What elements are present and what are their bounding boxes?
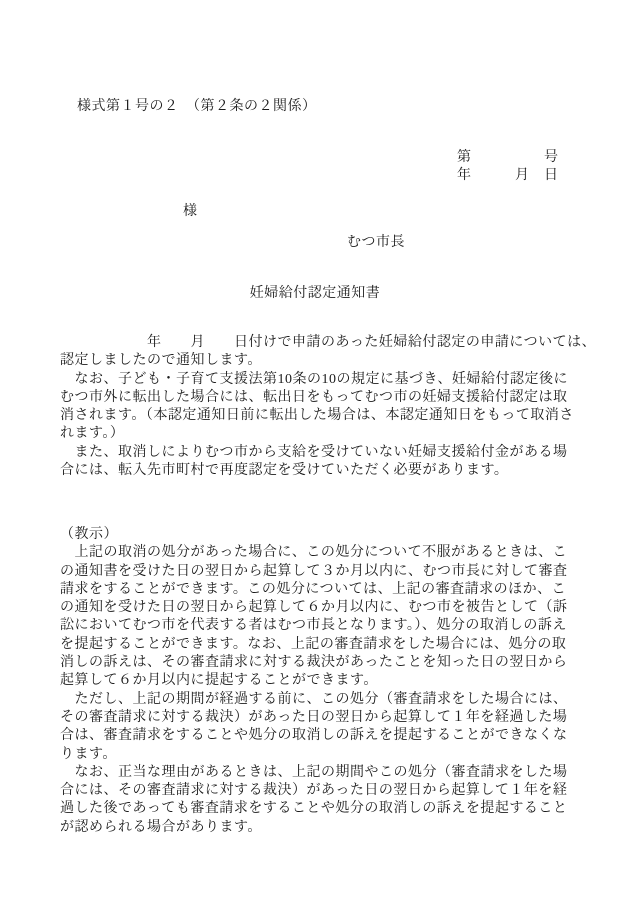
document-number-line: 第 号 (457, 146, 559, 166)
instruction-line: 起算して６か月以内に提起することができます。 (60, 672, 580, 690)
document-title: 妊婦給付認定通知書 (0, 282, 630, 302)
instruction-line: ただし、上記の期間が経過する前に、この処分（審査請求をした場合には、 (60, 691, 580, 709)
instruction-line: その審査請求に対する裁決）があった日の翌日から起算して１年を経過した場 (60, 709, 580, 727)
instruction-line: を提起することができます。なお、上記の審査請求をした場合には、処分の取 (60, 636, 580, 654)
instruction-line: が認められる場合があります。 (60, 819, 580, 837)
body-line: 消されます。（本認定通知日前に転出した場合は、本認定通知日をもって取消さ (60, 407, 580, 425)
instruction-line: 消しの訴えは、その審査請求に対する裁決があったことを知った日の翌日から (60, 654, 580, 672)
instruction-line: の通知を受けた日の翌日から起算して６か月以内に、むつ市を被告として（訴 (60, 599, 580, 617)
sender-name: むつ市長 (347, 231, 405, 251)
instruction-line: 訟においてむつ市を代表する者はむつ市長となります。）、処分の取消しの訴え (60, 617, 580, 635)
body-line: れます。） (60, 425, 580, 443)
body-line: 認定しましたので通知します。 (60, 352, 580, 370)
instruction-line: 上記の取消の処分があった場合に、この処分について不服があるときは、こ (60, 544, 580, 562)
instruction-line: 過した後であっても審査請求をすることや処分の取消しの訴えを提起すること (60, 800, 580, 818)
body-line: また、取消しによりむつ市から支給を受けていない妊婦支援給付金がある場 (60, 444, 580, 462)
body-line: むつ市外に転出した場合には、転出日をもってむつ市の妊婦支援給付認定は取 (60, 389, 580, 407)
instruction-heading: （教示） (60, 526, 580, 544)
body-line: なお、子ども・子育て支援法第10条の10の規定に基づき、妊婦給付認定後に (60, 371, 580, 389)
date-line: 年 月 日 (457, 164, 559, 184)
form-number: 様式第１号の２ （第２条の２関係） (77, 95, 317, 115)
instruction-line: 請求をすることができます。この処分については、上記の審査請求のほか、こ (60, 581, 580, 599)
instruction-line: の通知書を受けた日の翌日から起算して３か月以内に、むつ市長に対して審査 (60, 563, 580, 581)
body-line: 合には、転入先市町村で再度認定を受けていただく必要があります。 (60, 462, 580, 480)
document-page: 様式第１号の２ （第２条の２関係） 第 号 年 月 日 様 むつ市長 妊婦給付認… (0, 0, 630, 903)
body-line: 年 月 日付けで申請のあった妊婦給付認定の申請については、 (60, 334, 580, 352)
instruction-line: なお、正当な理由があるときは、上記の期間やこの処分（審査請求をした場 (60, 764, 580, 782)
instruction-line: 合には、その審査請求に対する裁決）があった日の翌日から起算して１年を経 (60, 782, 580, 800)
notification-body: 年 月 日付けで申請のあった妊婦給付認定の申請については、 認定しましたので通知… (60, 334, 580, 480)
instruction-section: （教示） 上記の取消の処分があった場合に、この処分について不服があるときは、こ … (60, 526, 580, 837)
instruction-line: ります。 (60, 746, 580, 764)
addressee-suffix: 様 (183, 200, 198, 220)
instruction-line: 合は、審査請求をすることや処分の取消しの訴えを提起することができなくな (60, 727, 580, 745)
